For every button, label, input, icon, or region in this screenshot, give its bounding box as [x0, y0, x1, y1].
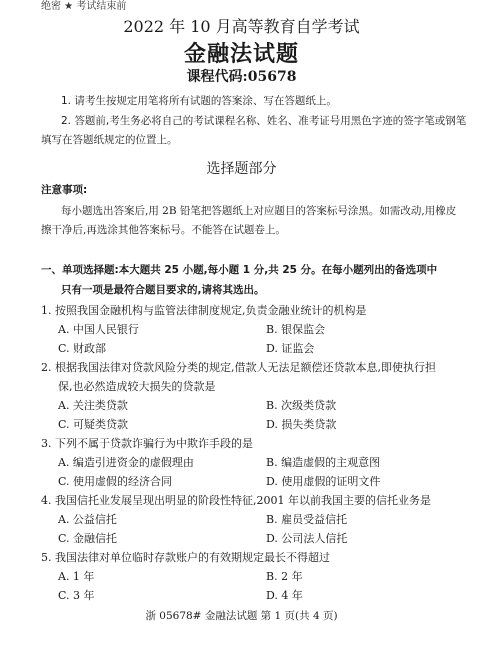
- question-1-stem: 1. 按照我国金融机构与监管法律制度规定,负责金融业统计的机构是: [41, 302, 367, 318]
- question-2-option-c: C. 可疑类贷款: [58, 416, 128, 432]
- question-4-option-a: A. 公益信托: [58, 511, 117, 527]
- course-code: 课程代码:05678: [0, 66, 483, 86]
- question-1-option-c: C. 财政部: [58, 340, 106, 356]
- notice-label: 注意事项:: [41, 182, 87, 197]
- question-5-stem: 5. 我国法律对单位临时存款账户的有效期规定最长不得超过: [41, 549, 330, 565]
- secret-mark: 绝密 ★ 考试结束前: [41, 0, 126, 12]
- question-3-option-b: B. 编造虚假的主观意图: [266, 454, 380, 470]
- question-3-option-a: A. 编造引进资金的虚假理由: [58, 454, 194, 470]
- question-4-stem: 4. 我国信托业发展呈现出明显的阶段性特征,2001 年以前我国主要的信托业务是: [41, 492, 431, 508]
- question-4-option-b: B. 雇员受益信托: [266, 511, 347, 527]
- question-2-option-a: A. 关注类贷款: [58, 397, 128, 413]
- question-5-option-a: A. 1 年: [58, 568, 94, 584]
- question-4-option-c: C. 金融信托: [58, 530, 117, 546]
- question-1-option-a: A. 中国人民银行: [58, 321, 139, 337]
- question-3-stem: 3. 下列不属于贷款诈骗行为中欺诈手段的是: [41, 435, 253, 451]
- part-heading: 一、单项选择题:本大题共 25 小题,每小题 1 分,共 25 分。在每小题列出…: [41, 262, 437, 277]
- question-3-option-d: D. 使用虚假的证明文件: [266, 473, 380, 489]
- instruction-2-cont: 填写在答题纸规定的位置上。: [41, 132, 178, 147]
- question-1-option-d: D. 证监会: [266, 340, 314, 356]
- exam-title: 2022 年 10 月高等教育自学考试: [0, 14, 483, 37]
- question-2-stem: 2. 根据我国法律对贷款风险分类的规定,借款人无法足额偿还贷款本息,即使执行担: [41, 359, 436, 375]
- question-4-option-d: D. 公司法人信托: [266, 530, 347, 546]
- question-2-option-b: B. 次级类贷款: [266, 397, 336, 413]
- notice-line-2: 擦干净后,再选涂其他答案标号。不能答在试题卷上。: [41, 222, 286, 237]
- instruction-1: 1. 请考生按规定用笔将所有试题的答案涂、写在答题纸上。: [61, 93, 337, 108]
- question-2-stem-cont: 保,也必然造成较大损失的贷款是: [58, 378, 216, 394]
- question-5-option-c: C. 3 年: [58, 587, 95, 603]
- question-5-option-d: D. 4 年: [266, 587, 303, 603]
- question-3-option-c: C. 使用虚假的经济合同: [58, 473, 172, 489]
- section-title: 选择题部分: [0, 158, 483, 178]
- question-5-option-b: B. 2 年: [266, 568, 303, 584]
- page-footer: 浙 05678# 金融法试题 第 1 页(共 4 页): [0, 608, 483, 623]
- question-1-option-b: B. 银保监会: [266, 321, 325, 337]
- question-2-option-d: D. 损失类贷款: [266, 416, 336, 432]
- subject-title: 金融法试题: [0, 37, 483, 68]
- part-heading-cont: 只有一项是最符合题目要求的,请将其选出。: [61, 282, 265, 297]
- instruction-2: 2. 答题前,考生务必将自己的考试课程名称、姓名、准考证号用黑色字迹的签字笔或钢…: [61, 113, 466, 128]
- notice-line-1: 每小题选出答案后,用 2B 铅笔把答题纸上对应题目的答案标号涂黑。如需改动,用橡…: [61, 203, 456, 218]
